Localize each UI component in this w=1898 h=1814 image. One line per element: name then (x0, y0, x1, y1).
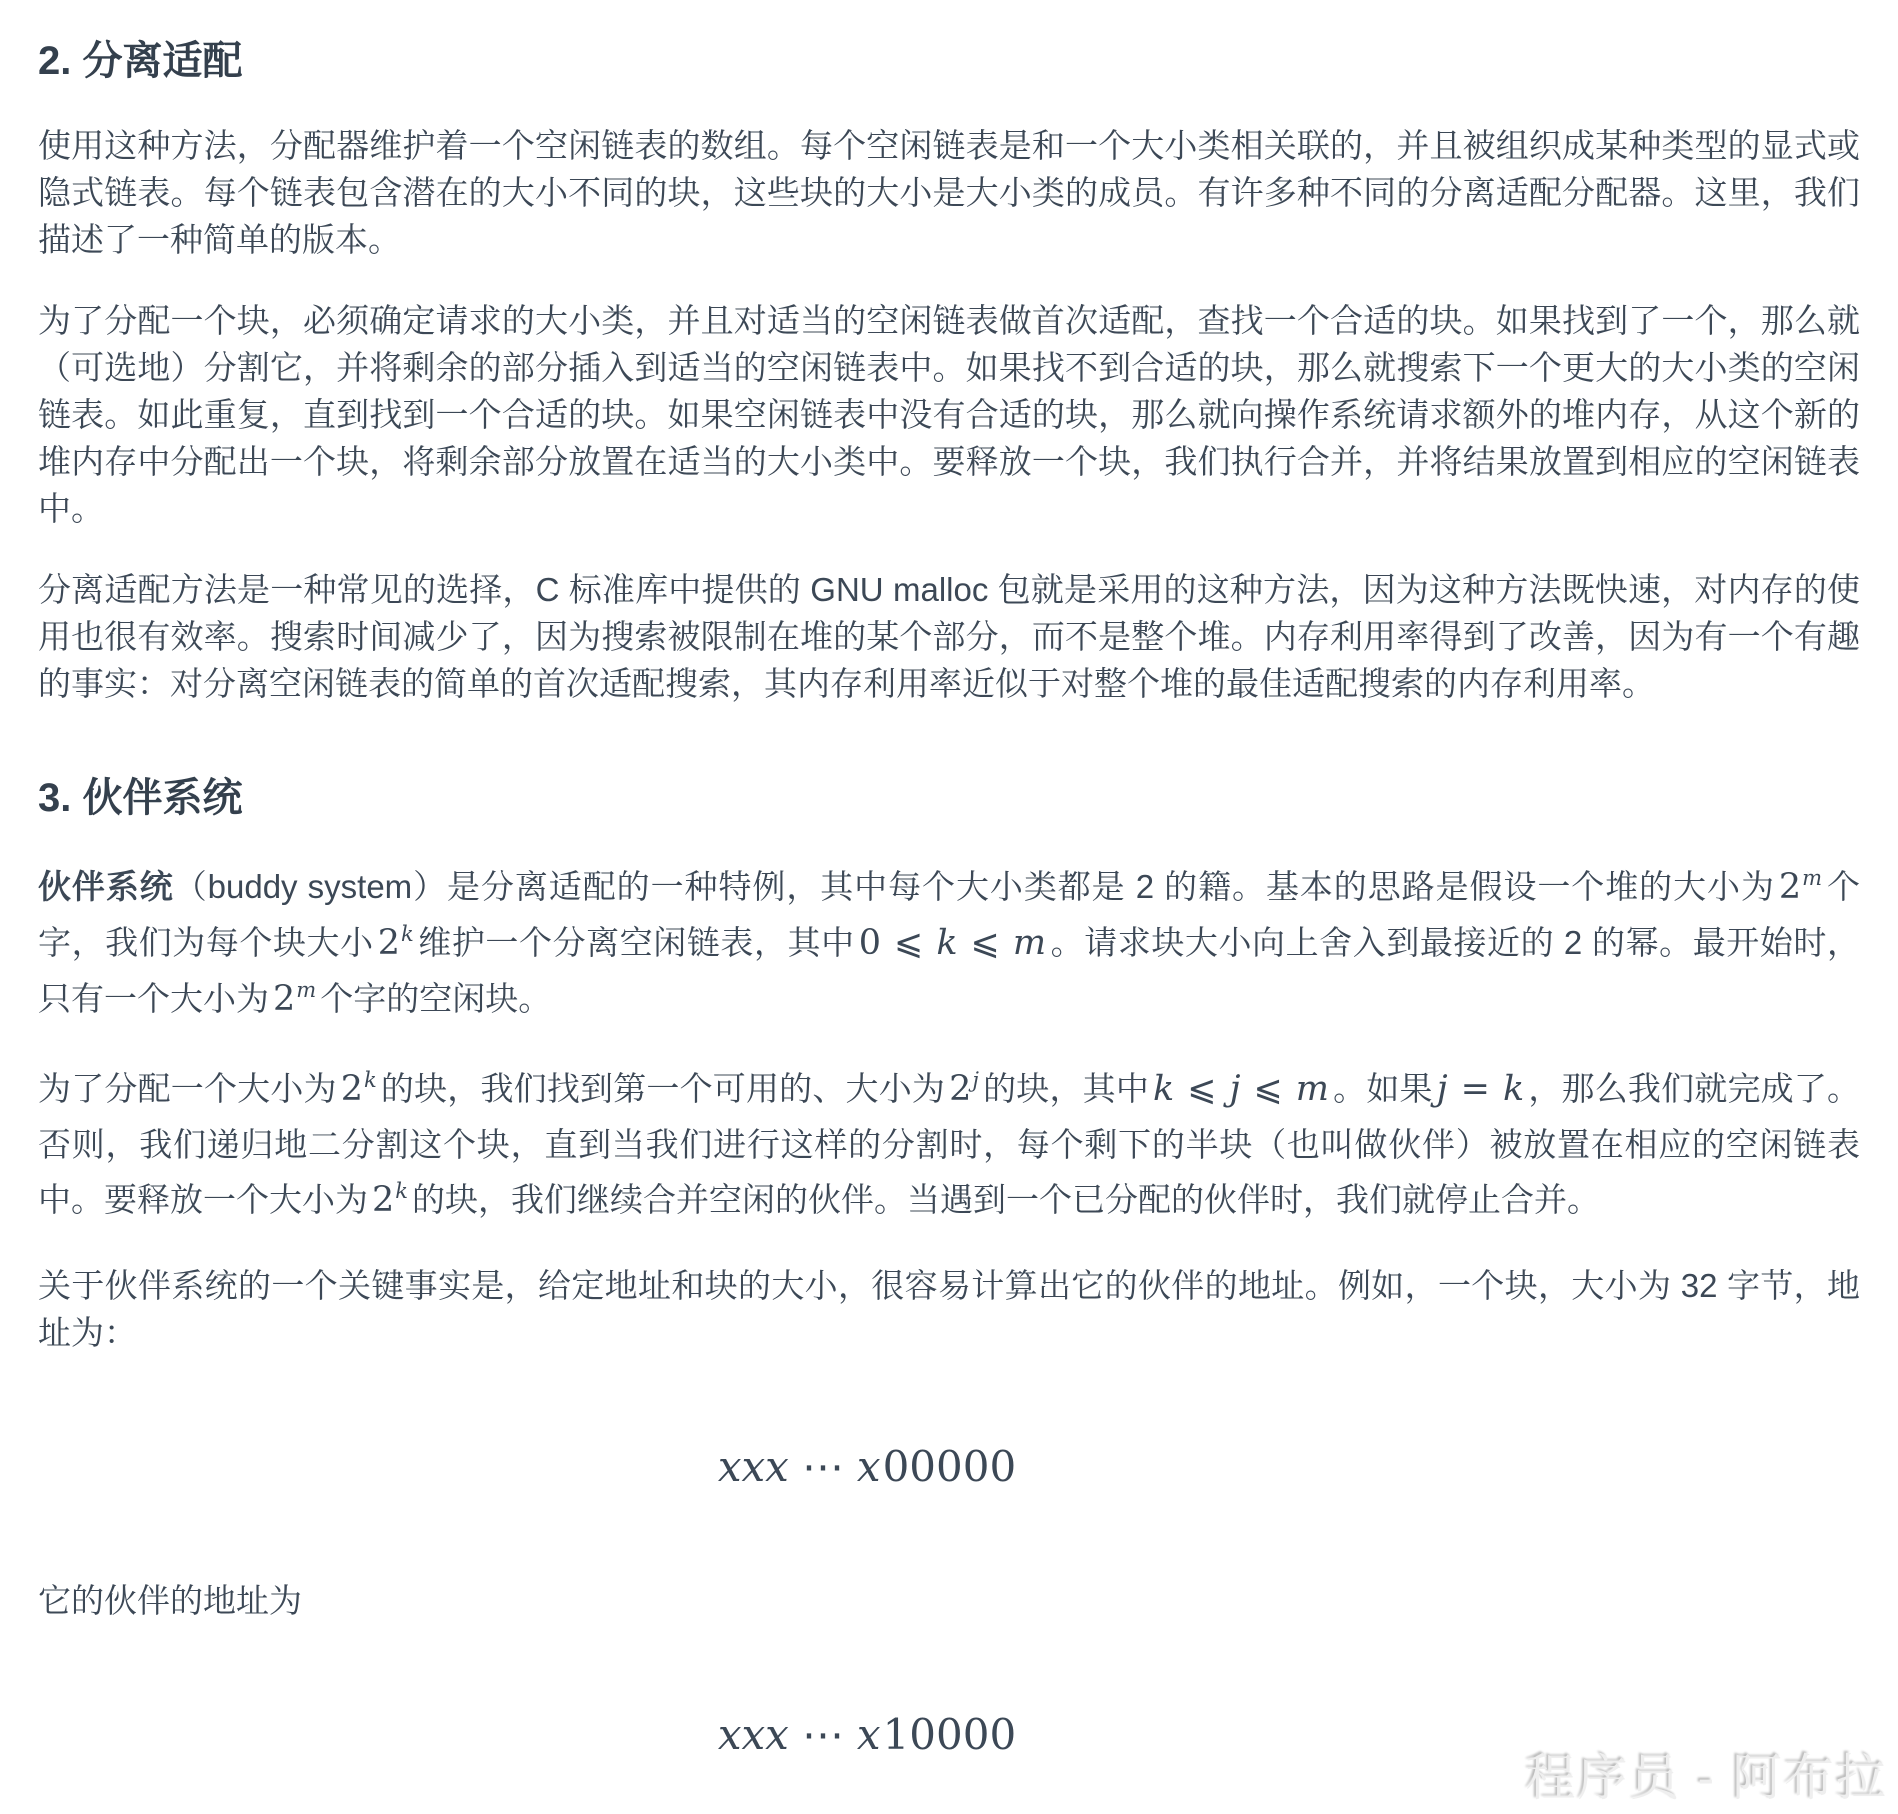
text-run: 使用这种方法，分配器维护着一个空闲链表的数组。每个空闲链表是和一个大小类相关联的… (38, 127, 1860, 258)
math-num: 2k (337, 1069, 381, 1109)
math-num: 2m (1775, 867, 1826, 907)
math-var: k (1499, 1069, 1528, 1109)
math-superscript: m (295, 978, 316, 1002)
paragraph: 使用这种方法，分配器维护着一个空闲链表的数组。每个空闲链表是和一个大小类相关联的… (38, 122, 1860, 263)
text-run: 。如果 (1333, 1070, 1433, 1107)
math-op: = (1452, 1069, 1499, 1109)
math-var: m (1292, 1069, 1333, 1109)
text-run: （buddy system）是分离适配的一种特例，其中每个大小类都是 2 的籍。… (174, 868, 1775, 905)
math-num: 00000 (882, 1442, 1018, 1491)
math-var: x (856, 1710, 882, 1759)
section-heading: 2. 分离适配 (38, 36, 1860, 86)
paragraph: 伙伴系统（buddy system）是分离适配的一种特例，其中每个大小类都是 2… (38, 859, 1860, 1027)
paragraph: 分离适配方法是一种常见的选择，C 标准库中提供的 GNU malloc 包就是采… (38, 566, 1860, 707)
math-num: 2k (374, 923, 418, 963)
text-run: 维护一个分离空闲链表，其中 (418, 924, 855, 961)
article-page: { "page": { "background": "#ffffff", "te… (0, 0, 1898, 1814)
document-body: 2. 分离适配使用这种方法，分配器维护着一个空闲链表的数组。每个空闲链表是和一个… (0, 0, 1898, 1759)
math-superscript: k (400, 922, 414, 946)
math-op: ⩽ (885, 923, 932, 963)
math-num: 10000 (882, 1710, 1018, 1759)
math-num: 2j (945, 1069, 983, 1109)
text-run: 的块，其中 (983, 1070, 1149, 1107)
math-var: k (1149, 1069, 1178, 1109)
math-op: ⩽ (962, 923, 1009, 963)
math-num: 2m (269, 979, 320, 1019)
paragraph: 为了分配一个块，必须确定请求的大小类，并且对适当的空闲链表做首次适配，查找一个合… (38, 297, 1860, 532)
paragraph: 为了分配一个大小为2k的块，我们找到第一个可用的、大小为2j的块，其中k⩽j⩽m… (38, 1061, 1860, 1228)
math-op: ⋯ (790, 1710, 856, 1759)
math-var: x (856, 1442, 882, 1491)
math-var: k (932, 923, 961, 963)
text-run: 的块，我们继续合并空闲的伙伴。当遇到一个已分配的伙伴时，我们就停止合并。 (412, 1181, 1600, 1218)
text-run: 关于伙伴系统的一个关键事实是，给定地址和块的大小，很容易计算出它的伙伴的地址。例… (38, 1267, 1860, 1351)
math-num: 0 (855, 923, 885, 963)
math-num: 2k (368, 1180, 412, 1220)
section-heading: 3. 伙伴系统 (38, 773, 1860, 823)
math-superscript: m (1801, 866, 1822, 890)
text-run: 的块，我们找到第一个可用的、大小为 (381, 1070, 945, 1107)
watermark: 程序员 - 阿布拉 (1526, 1738, 1888, 1810)
text-run: 分离适配方法是一种常见的选择，C 标准库中提供的 GNU malloc 包就是采… (38, 571, 1860, 702)
text-run: 个字的空闲块。 (320, 980, 551, 1017)
math-var: xxx (717, 1710, 790, 1759)
math-var: m (1009, 923, 1050, 963)
math-var: j (1226, 1069, 1245, 1109)
text-run: 它的伙伴的地址为 (38, 1582, 302, 1619)
math-op: ⩽ (1178, 1069, 1225, 1109)
paragraph: 它的伙伴的地址为 (38, 1577, 1860, 1624)
text-run: 为了分配一个大小为 (38, 1070, 337, 1107)
paragraph: 关于伙伴系统的一个关键事实是，给定地址和块的大小，很容易计算出它的伙伴的地址。例… (38, 1262, 1860, 1356)
math-var: xxx (717, 1442, 790, 1491)
math-formula: xxx⋯x10000 (0, 1710, 1778, 1759)
math-var: j (1433, 1069, 1452, 1109)
math-op: ⩽ (1244, 1069, 1291, 1109)
math-superscript: k (363, 1068, 377, 1092)
math-superscript: j (971, 1068, 979, 1092)
math-op: ⋯ (790, 1442, 856, 1491)
math-superscript: k (394, 1179, 408, 1203)
bold-run: 伙伴系统 (38, 868, 174, 905)
text-run: 为了分配一个块，必须确定请求的大小类，并且对适当的空闲链表做首次适配，查找一个合… (38, 302, 1860, 527)
math-formula: xxx⋯x00000 (0, 1442, 1778, 1491)
